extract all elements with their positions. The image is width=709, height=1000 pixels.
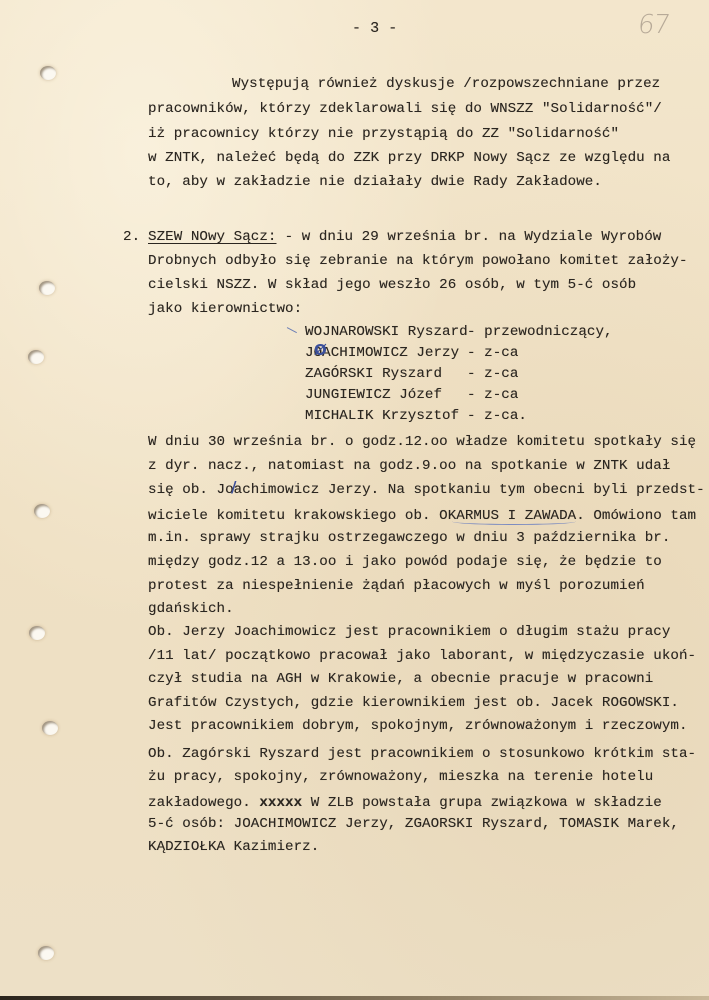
leader-role: - z-ca — [467, 387, 518, 403]
zagorski-line-3: zakładowego. xxxxx W ZLB powstała grupa … — [148, 793, 662, 811]
intro-line-5: to, aby w zakładzie nie działały dwie Ra… — [148, 174, 602, 190]
punch-hole — [38, 946, 54, 960]
leader-role: - z-ca. — [467, 408, 527, 424]
punch-hole — [42, 721, 58, 735]
section-line-1: - w dniu 29 września br. na Wydziale Wyr… — [276, 229, 661, 245]
zagorski-line-4: 5-ć osób: JOACHIMOWICZ Jerzy, ZGAORSKI R… — [148, 816, 679, 832]
leader-name: JOACHIMOWICZ Jerzy — [305, 345, 459, 361]
meeting-line-4-tail: . Omówiono tam — [576, 508, 696, 524]
archive-page-number: 67 — [636, 10, 671, 40]
leader-role: - z-ca — [467, 366, 518, 382]
pen-correction-mark: Ø — [314, 341, 327, 359]
joachimowicz-line-3: czył studia na AGH w Krakowie, a obecnie… — [148, 671, 653, 687]
meeting-line-4-text: wiciele komitetu krakowskiego ob. — [148, 508, 439, 524]
pen-underline-mark — [452, 518, 576, 525]
meeting-line-5: m.in. sprawy strajku ostrzegawczego w dn… — [148, 530, 670, 546]
punch-hole — [40, 66, 56, 80]
punch-hole — [29, 626, 45, 640]
intro-line-2: pracowników, którzy zdeklarowali się do … — [148, 101, 662, 117]
meeting-line-7: protest za niespełnienie żądań płacowych… — [148, 578, 645, 594]
leader-name: MICHALIK Krzysztof — [305, 408, 459, 424]
leader-role: - z-ca — [467, 345, 518, 361]
joachimowicz-line-4: Grafitów Czystych, gdzie kierownikiem je… — [148, 695, 679, 711]
leader-name: WOJNAROWSKI Ryszard — [305, 324, 468, 340]
leader-name: ZAGÓRSKI Ryszard — [305, 366, 442, 382]
leader-name: JUNGIEWICZ Józef — [305, 387, 442, 403]
pen-tick-mark — [287, 327, 297, 333]
leader-role: - przewodniczący, — [467, 324, 613, 340]
punch-hole — [39, 281, 55, 295]
section-line-2: Drobnych odbyło się zebranie na którym p… — [148, 253, 688, 269]
section-line-3: cielski NSZZ. W skład jego weszło 26 osó… — [148, 277, 636, 293]
punch-hole — [28, 350, 44, 364]
joachimowicz-line-2: /11 lat/ początkowo pracował jako labora… — [148, 648, 696, 664]
punch-hole — [34, 504, 50, 518]
pen-correction-mark: / — [231, 478, 236, 496]
joachimowicz-line-5: Jest pracownikiem dobrym, spokojnym, zró… — [148, 718, 688, 734]
meeting-line-2: z dyr. nacz., natomiast na godz.9.oo na … — [148, 458, 670, 474]
intro-line-3: iż pracownicy którzy nie przystąpią do Z… — [148, 126, 619, 142]
joachimowicz-line-1: Ob. Jerzy Joachimowicz jest pracownikiem… — [148, 624, 670, 640]
meeting-line-4: wiciele komitetu krakowskiego ob. OKARMU… — [148, 506, 696, 524]
section-line-4: jako kierownictwo: — [148, 301, 302, 317]
document-page: - 3 - 67 Występują również dyskusje /roz… — [0, 0, 709, 1000]
zagorski-line-5: KĄDZIOŁKA Kazimierz. — [148, 839, 319, 855]
meeting-line-6: między godz.12 a 13.oo i jako powód poda… — [148, 554, 662, 570]
intro-line-4: w ZNTK, należeć będą do ZZK przy DRKP No… — [148, 150, 670, 166]
section-heading: SZEW NOwy Sącz: — [148, 229, 276, 245]
zagorski-line-2: żu pracy, spokojny, zrównoważony, mieszk… — [148, 769, 653, 785]
meeting-line-1: W dniu 30 września br. o godz.12.oo wład… — [148, 434, 696, 450]
meeting-line-8: gdańskich. — [148, 601, 234, 617]
zagorski-line-3-text: zakładowego. — [148, 795, 259, 811]
scan-bottom-edge — [0, 996, 709, 1000]
typed-strikeout: xxxxx — [259, 795, 302, 811]
page-number: - 3 - — [352, 20, 397, 37]
section-number: 2. — [123, 229, 140, 245]
zagorski-line-1: Ob. Zagórski Ryszard jest pracownikiem o… — [148, 746, 696, 762]
intro-line-1: Występują również dyskusje /rozpowszechn… — [232, 76, 660, 92]
zagorski-line-3-tail: W ZLB powstała grupa związkowa w składzi… — [302, 795, 662, 811]
